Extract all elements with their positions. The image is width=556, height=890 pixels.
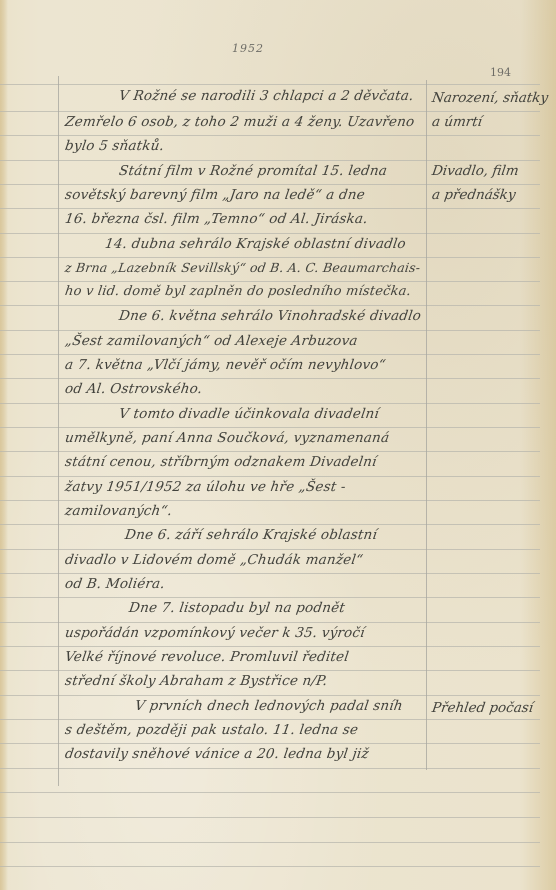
margin-note-births-marriages-deaths: Narození, sňatky bbox=[431, 90, 549, 106]
ruled-line bbox=[0, 281, 540, 282]
ruled-line bbox=[0, 524, 540, 525]
body-line: 16. března čsl. film „Temno“ od Al. Jirá… bbox=[64, 211, 369, 227]
ruled-line bbox=[0, 573, 540, 574]
ruled-line bbox=[0, 354, 540, 355]
body-line: „Šest zamilovaných“ od Alexeje Arbuzova bbox=[64, 333, 359, 349]
ruled-line bbox=[0, 768, 540, 769]
margin-note-weather-overview: Přehled počasí bbox=[431, 700, 534, 716]
ruled-line bbox=[0, 476, 540, 477]
ruled-line bbox=[0, 597, 540, 598]
body-line: zamilovaných“. bbox=[64, 503, 173, 519]
body-line: Zemřelo 6 osob, z toho 2 muži a 4 ženy. … bbox=[64, 114, 416, 130]
body-line: žatvy 1951/1952 za úlohu ve hře „Šest - bbox=[64, 479, 347, 495]
body-line: Dne 6. září sehrálo Krajské oblastní bbox=[124, 527, 378, 543]
body-line: státní cenou, stříbrným odznakem Divadel… bbox=[64, 454, 378, 470]
ruled-line bbox=[0, 305, 540, 306]
ruled-line bbox=[0, 403, 540, 404]
body-line: Dne 6. května sehrálo Vinohradské divadl… bbox=[118, 308, 422, 324]
body-line: Státní film v Rožné promítal 15. ledna bbox=[118, 163, 388, 179]
body-line: sovětský barevný film „Jaro na ledě“ a d… bbox=[64, 187, 366, 203]
ruled-line bbox=[0, 111, 540, 112]
left-margin-line bbox=[58, 76, 59, 786]
ruled-line bbox=[0, 257, 540, 258]
right-column-divider bbox=[426, 80, 427, 770]
ruled-line bbox=[0, 646, 540, 647]
ruled-line bbox=[0, 330, 540, 331]
body-line: a 7. května „Vlčí jámy, nevěř očím nevyh… bbox=[64, 357, 387, 373]
ledger-page: 1952 194 V Rožné se narodili 3 chlapci a… bbox=[0, 0, 556, 890]
ruled-line bbox=[0, 500, 540, 501]
body-line: dostavily sněhové vánice a 20. ledna byl… bbox=[64, 746, 370, 762]
ruled-line bbox=[0, 378, 540, 379]
ruled-line bbox=[0, 670, 540, 671]
body-line: V Rožné se narodili 3 chlapci a 2 děvčat… bbox=[118, 88, 415, 104]
year-heading: 1952 bbox=[232, 42, 264, 55]
ruled-line bbox=[0, 817, 540, 818]
ruled-line bbox=[0, 792, 540, 793]
body-line: ho v lid. domě byl zaplněn do posledního… bbox=[64, 284, 412, 299]
ruled-line bbox=[0, 719, 540, 720]
ruled-line bbox=[0, 160, 540, 161]
page-edge-shadow bbox=[0, 0, 8, 890]
body-line: od B. Moliéra. bbox=[64, 576, 166, 592]
ruled-line bbox=[0, 743, 540, 744]
margin-note-theatre-film-lectures: a přednášky bbox=[431, 187, 517, 203]
body-line: 14. dubna sehrálo Krajské oblastní divad… bbox=[104, 236, 407, 252]
body-line: z Brna „Lazebník Sevillský“ od B. A. C. … bbox=[64, 260, 421, 275]
ruled-line bbox=[0, 135, 540, 136]
page-number: 194 bbox=[490, 66, 511, 79]
ruled-line bbox=[0, 84, 540, 85]
ruled-line bbox=[0, 184, 540, 185]
body-line: V prvních dnech lednových padal sníh bbox=[134, 698, 404, 714]
body-line: umělkyně, paní Anna Součková, vyznamenan… bbox=[64, 430, 390, 446]
ruled-line bbox=[0, 695, 540, 696]
body-line: divadlo v Lidovém domě „Chudák manžel“ bbox=[64, 552, 364, 568]
body-line: od Al. Ostrovského. bbox=[64, 381, 203, 397]
ruled-line bbox=[0, 549, 540, 550]
body-line: s deštěm, později pak ustalo. 11. ledna … bbox=[64, 722, 359, 738]
ruled-line bbox=[0, 451, 540, 452]
body-line: uspořádán vzpomínkový večer k 35. výročí bbox=[64, 625, 366, 641]
ruled-line bbox=[0, 233, 540, 234]
body-line: Dne 7. listopadu byl na podnět bbox=[128, 600, 346, 616]
body-line: bylo 5 sňatků. bbox=[64, 138, 165, 154]
margin-note-theatre-film-lectures: Divadlo, film bbox=[431, 163, 520, 179]
ruled-line bbox=[0, 622, 540, 623]
ruled-line bbox=[0, 427, 540, 428]
ruled-line bbox=[0, 842, 540, 843]
ruled-line bbox=[0, 866, 540, 867]
body-line: střední školy Abraham z Bystřice n/P. bbox=[64, 673, 328, 689]
body-line: V tomto divadle účinkovala divadelní bbox=[118, 406, 380, 422]
body-line: Velké říjnové revoluce. Promluvil ředite… bbox=[64, 649, 350, 665]
ruled-line bbox=[0, 208, 540, 209]
margin-note-births-marriages-deaths: a úmrtí bbox=[431, 114, 483, 130]
